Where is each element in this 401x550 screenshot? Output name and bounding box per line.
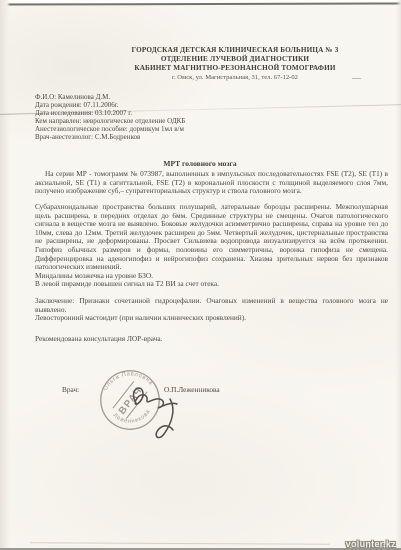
patient-fio-row: Ф.И.О: Камелинова Д.М. [35,93,365,101]
field-label: Кем направлен: [35,117,81,125]
technique-text: На серии МР - томограмм № 073987, выполн… [35,170,388,196]
recommendation-paragraph: Рекомендована консультация ЛОР-врача. [35,335,388,344]
field-label: Дата исследования: [35,109,93,117]
anesthesiologist-row: Врач-анестезиолог: С.М.Бодренков [35,133,365,141]
field-label: Ф.И.О: [35,93,56,101]
doctor-label: Врач: [62,385,79,394]
technique-paragraph: На серии МР - томограмм № 073987, выполн… [35,170,388,196]
field-value: 03.10.2007 г. [95,109,132,117]
patient-info: Ф.И.О: Камелинова Д.М. Дата рождения: 07… [35,93,365,141]
anesthesia-row: Анестезиологическое пособие: дормикум 1м… [35,125,365,133]
findings-paragraph: Субарахноидальные пространства больших п… [35,203,388,289]
field-value: 07.11.2006г. [83,101,118,109]
scan-edge-right [396,0,401,550]
department-name: ОТДЕЛЕНИЕ ЛУЧЕВОЙ ДИАГНОСТИКИ [70,55,400,64]
birth-date-row: Дата рождения: 07.11.2006г. [35,101,365,109]
hospital-name: ГОРОДСКАЯ ДЕТСКАЯ КЛИНИЧЕСКАЯ БОЛЬНИЦА №… [70,46,400,55]
field-value: Камелинова Д.М. [58,93,110,101]
field-label: Анестезиологическое пособие: [35,125,128,133]
scanned-document: ГОРОДСКАЯ ДЕТСКАЯ КЛИНИЧЕСКАЯ БОЛЬНИЦА №… [0,0,401,550]
pyramid-line: В левой пирамиде повышен сигнал на Т2 ВИ… [35,280,388,289]
scan-edge-top-line [0,2,401,5]
doctor-signature [110,379,198,441]
field-value: дормикум 1мл в/м [130,125,184,133]
findings-text: Субарахноидальные пространства больших п… [35,203,388,272]
study-date-row: Дата исследования: 03.10.2007 г. [35,109,365,117]
conclusion-paragraph: Заключение: Признаки сочетанной гидроцеф… [35,297,388,323]
recommendation-text: Рекомендована консультация ЛОР-врача. [35,335,388,344]
hospital-header: ГОРОДСКАЯ ДЕТСКАЯ КЛИНИЧЕСКАЯ БОЛЬНИЦА №… [70,46,400,82]
mastoiditis-line: Левосторонний мастоидит (при наличии кли… [35,314,388,323]
field-value: С.М.Бодренков [95,133,140,141]
field-label: Врач-анестезиолог: [35,133,93,141]
report-title: МРТ головного мозга [35,159,365,168]
referrer-row: Кем направлен: неврологическое отделение… [35,117,365,125]
conclusion-text: Заключение: Признаки сочетанной гидроцеф… [35,297,388,314]
cabinet-name: КАБИНЕТ МАГНИТНО-РЕЗОНАНСНОЙ ТОМОГРАФИИ [70,64,400,73]
watermark: volunter.kz [346,539,396,549]
hospital-address: г. Омск, ул. Магистральная, 31, тел. 67-… [70,73,400,82]
field-value: неврологическое отделение ОДКБ [83,117,185,125]
scan-edge-left [0,0,10,550]
scan-edge-bottom-faint [30,542,330,545]
field-label: Дата рождения: [35,101,82,109]
